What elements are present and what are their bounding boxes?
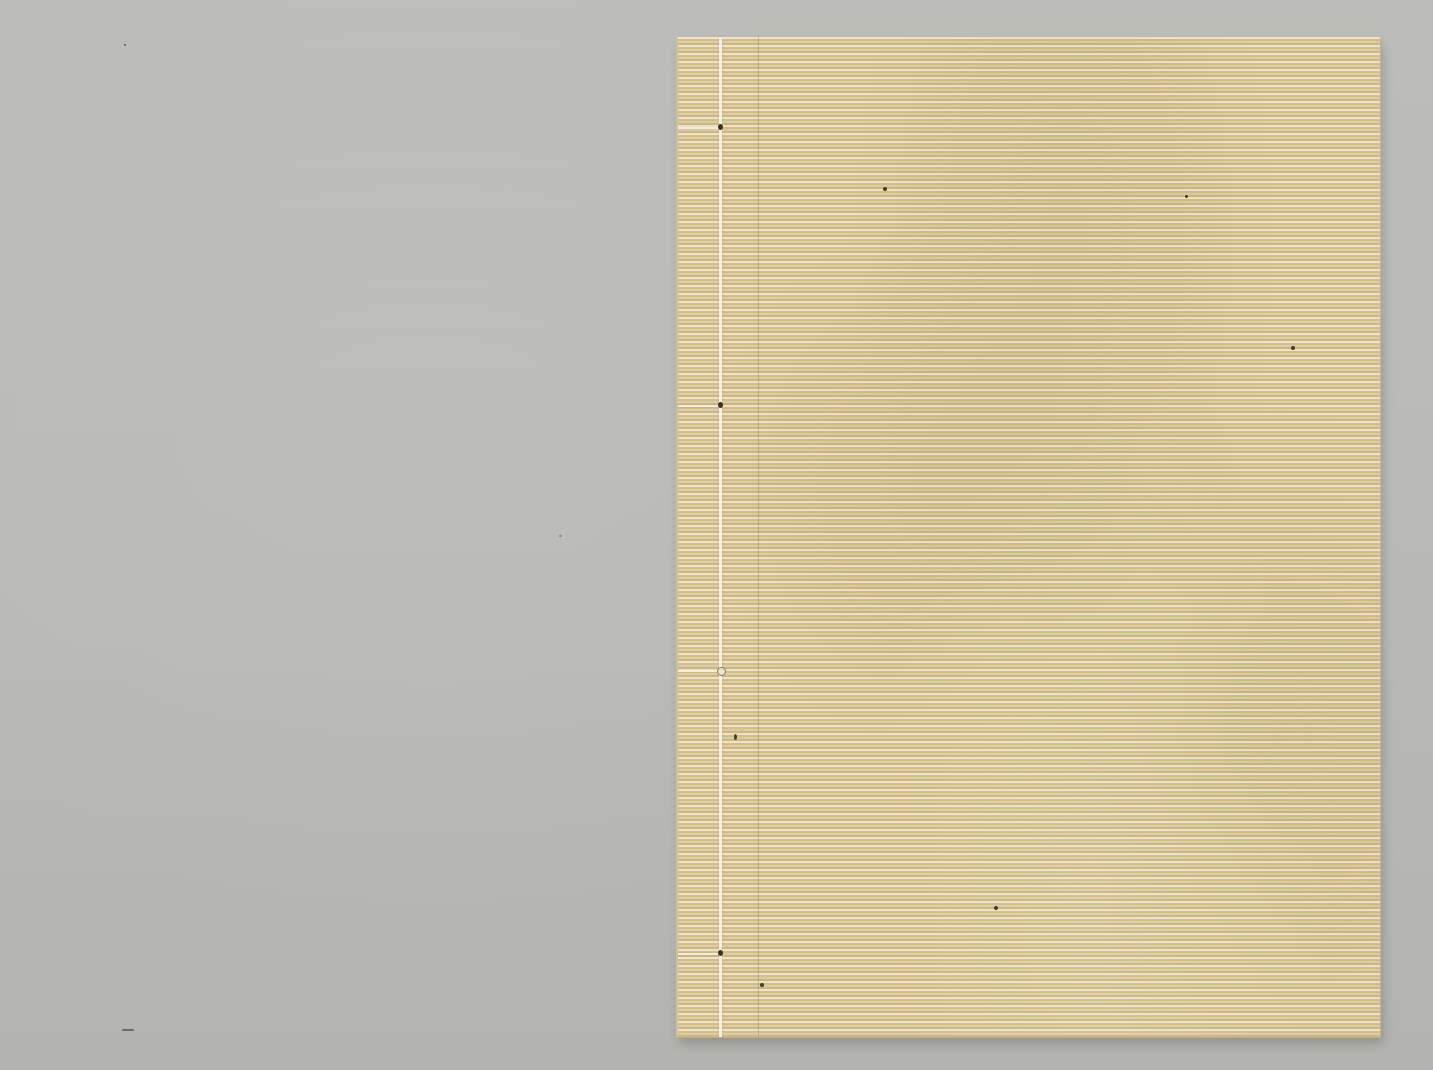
binding-stitch-2 — [678, 405, 721, 407]
stitch-hole-2 — [718, 402, 723, 408]
stain-spot — [760, 983, 764, 987]
stitch-hole-4 — [718, 950, 723, 956]
stitch-hole-1 — [718, 124, 723, 130]
stain-spot — [734, 734, 737, 740]
stain-spot — [994, 906, 998, 910]
binding-stitch-3 — [678, 670, 721, 672]
cover-fold-line — [758, 37, 759, 1037]
binding-stitch-1 — [678, 127, 721, 129]
dust-speck — [559, 535, 562, 537]
stain-spot — [1185, 195, 1188, 198]
stain-spot — [883, 187, 887, 191]
stain-spot — [1291, 346, 1295, 350]
binding-thread-vertical — [719, 37, 722, 1037]
dust-speck — [122, 1029, 134, 1031]
stitch-hole-3 — [717, 667, 726, 676]
binding-stitch-4 — [678, 953, 721, 955]
dust-speck — [124, 44, 126, 46]
book-cover — [676, 37, 1381, 1038]
